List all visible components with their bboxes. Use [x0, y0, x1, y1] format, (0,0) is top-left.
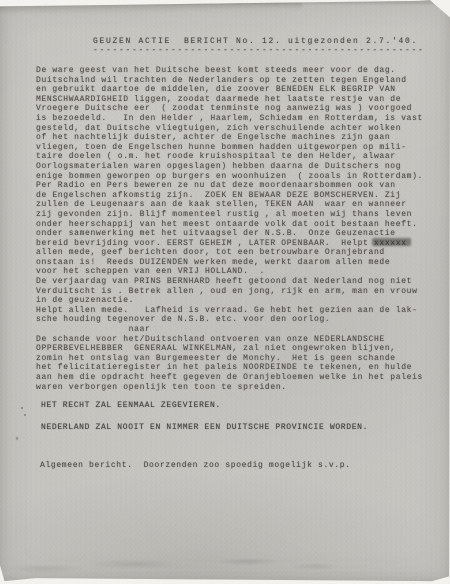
title-underline: ----------------------------------------…: [93, 46, 425, 56]
document-page: GEUZEN ACTIE BERICHT No. 12. uitgezonden…: [0, 0, 450, 584]
overstruck-word-blot: [372, 238, 411, 246]
margin-pencil-mark: [21, 407, 23, 409]
scan-top-left-shadow: [0, 0, 302, 14]
margin-pencil-mark: [16, 437, 18, 440]
slogan-line-2: NEDERLAND ZAL NOOIT EN NIMMER EEN DUITSC…: [41, 423, 368, 433]
body-text: De ware geest van het Duitsche beest kom…: [36, 66, 423, 392]
footer-note: Algemeen bericht. Doorzenden zoo spoedig…: [40, 461, 351, 471]
slogan-line-1: HET RECHT ZAL EENMAAL ZEGEVIEREN.: [41, 401, 221, 411]
scan-bottom-speckle: [0, 552, 450, 576]
scan-top-edge-shadow: [0, 0, 450, 4]
margin-pencil-mark: [24, 414, 26, 416]
